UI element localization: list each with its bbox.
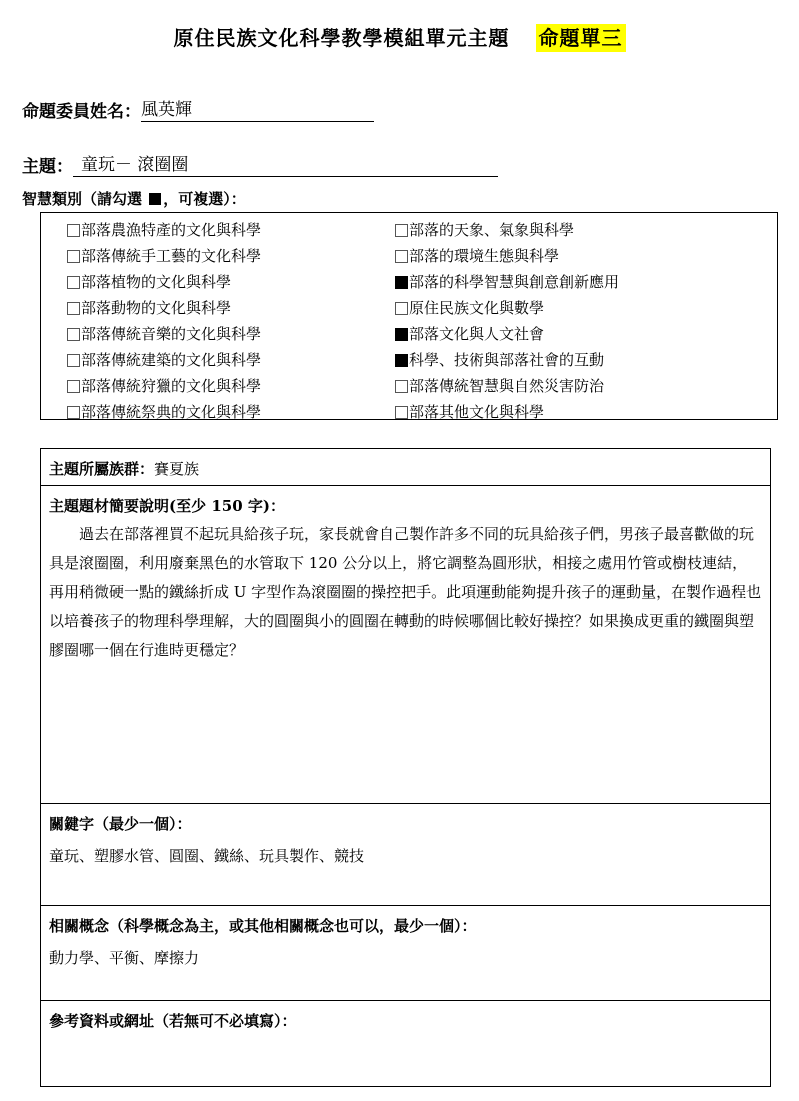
checkbox-icon[interactable]	[67, 302, 80, 315]
category-item[interactable]: 部落的科學智慧與創意創新應用	[395, 269, 619, 295]
checkbox-icon[interactable]	[67, 354, 80, 367]
category-item-label: 部落傳統祭典的文化與科學	[81, 403, 261, 421]
category-item[interactable]: 部落傳統智慧與自然災害防治	[395, 373, 619, 399]
category-item[interactable]: 部落傳統音樂的文化與科學	[67, 321, 261, 347]
concepts-value[interactable]: 動力學、平衡、摩擦力	[49, 944, 762, 973]
references-label: 參考資料或網址（若無可不必填寫）：	[49, 1010, 762, 1031]
tribe-field: 主題所屬族群：賽夏族	[49, 458, 762, 479]
committee-name-label: 命題委員姓名：	[22, 102, 141, 122]
keywords-label: 關鍵字（最少一個）：	[49, 813, 762, 834]
category-item[interactable]: 部落其他文化與科學	[395, 399, 619, 425]
topic-value[interactable]: 童玩－ 滾圈圈	[73, 150, 498, 177]
summary-text[interactable]: 過去在部落裡買不起玩具給孩子玩，家長就會自己製作許多不同的玩具給孩子們，男孩子最…	[49, 520, 762, 665]
topic-field: 主題：童玩－ 滾圈圈	[22, 150, 498, 177]
filled-square-icon	[149, 193, 161, 205]
tribe-row: 主題所屬族群：賽夏族	[41, 449, 770, 486]
keywords-value[interactable]: 童玩、塑膠水管、圓圈、鐵絲、玩具製作、競技	[49, 842, 762, 871]
category-heading-prefix: 智慧類別（請勾選	[22, 190, 142, 208]
checkbox-icon[interactable]	[67, 276, 80, 289]
checkbox-checked-icon[interactable]	[395, 354, 408, 367]
checkbox-icon[interactable]	[395, 302, 408, 315]
worksheet-badge: 命題單三	[536, 24, 626, 52]
checkbox-icon[interactable]	[395, 250, 408, 263]
category-item-label: 部落傳統音樂的文化與科學	[81, 325, 261, 343]
category-item-label: 部落的環境生態與科學	[409, 247, 559, 265]
category-item-label: 科學、技術與部落社會的互動	[409, 351, 604, 369]
checkbox-icon[interactable]	[395, 406, 408, 419]
topic-detail-table: 主題所屬族群：賽夏族 主題題材簡要說明(至少 150 字)： 過去在部落裡買不起…	[40, 448, 771, 1087]
category-item-label: 部落其他文化與科學	[409, 403, 544, 421]
tribe-value[interactable]: 賽夏族	[154, 460, 199, 478]
category-item-label: 部落傳統建築的文化與科學	[81, 351, 261, 369]
checkbox-icon[interactable]	[67, 224, 80, 237]
category-item[interactable]: 部落傳統狩獵的文化與科學	[67, 373, 261, 399]
category-item-label: 部落文化與人文社會	[409, 325, 544, 343]
concepts-label: 相關概念（科學概念為主，或其他相關概念也可以，最少一個）：	[49, 915, 762, 936]
summary-row: 主題題材簡要說明(至少 150 字)： 過去在部落裡買不起玩具給孩子玩，家長就會…	[41, 486, 770, 804]
page-title: 原住民族文化科學教學模組單元主題命題單三	[0, 22, 799, 51]
category-item[interactable]: 部落傳統建築的文化與科學	[67, 347, 261, 373]
checkbox-checked-icon[interactable]	[395, 276, 408, 289]
category-checklist: 部落農漁特產的文化與科學 部落傳統手工藝的文化科學 部落植物的文化與科學 部落動…	[40, 212, 778, 420]
concepts-row: 相關概念（科學概念為主，或其他相關概念也可以，最少一個）： 動力學、平衡、摩擦力	[41, 906, 770, 1001]
category-item-label: 原住民族文化與數學	[409, 299, 544, 317]
category-item[interactable]: 原住民族文化與數學	[395, 295, 619, 321]
checkbox-checked-icon[interactable]	[395, 328, 408, 341]
checkbox-icon[interactable]	[67, 250, 80, 263]
category-heading: 智慧類別（請勾選 ，可複選）：	[22, 188, 246, 209]
category-item[interactable]: 部落傳統手工藝的文化科學	[67, 243, 261, 269]
category-item-label: 部落的天象、氣象與科學	[409, 221, 574, 239]
category-column-left: 部落農漁特產的文化與科學 部落傳統手工藝的文化科學 部落植物的文化與科學 部落動…	[67, 217, 261, 425]
committee-name-value[interactable]: 風英輝	[141, 95, 374, 122]
checkbox-icon[interactable]	[395, 380, 408, 393]
title-text: 原住民族文化科學教學模組單元主題	[174, 26, 510, 50]
checkbox-icon[interactable]	[395, 224, 408, 237]
summary-label: 主題題材簡要說明(至少 150 字)：	[49, 495, 762, 516]
category-item[interactable]: 部落農漁特產的文化與科學	[67, 217, 261, 243]
keywords-row: 關鍵字（最少一個）： 童玩、塑膠水管、圓圈、鐵絲、玩具製作、競技	[41, 804, 770, 906]
references-row: 參考資料或網址（若無可不必填寫）：	[41, 1001, 770, 1085]
category-item-label: 部落植物的文化與科學	[81, 273, 231, 291]
category-item-label: 部落傳統狩獵的文化與科學	[81, 377, 261, 395]
category-item-label: 部落傳統智慧與自然災害防治	[409, 377, 604, 395]
topic-label: 主題：	[22, 157, 73, 177]
category-item-label: 部落動物的文化與科學	[81, 299, 231, 317]
category-item[interactable]: 部落文化與人文社會	[395, 321, 619, 347]
category-item[interactable]: 科學、技術與部落社會的互動	[395, 347, 619, 373]
category-item-label: 部落傳統手工藝的文化科學	[81, 247, 261, 265]
category-item-label: 部落農漁特產的文化與科學	[81, 221, 261, 239]
category-item[interactable]: 部落的天象、氣象與科學	[395, 217, 619, 243]
checkbox-icon[interactable]	[67, 380, 80, 393]
category-item[interactable]: 部落傳統祭典的文化與科學	[67, 399, 261, 425]
checkbox-icon[interactable]	[67, 406, 80, 419]
category-column-right: 部落的天象、氣象與科學 部落的環境生態與科學 部落的科學智慧與創意創新應用 原住…	[395, 217, 619, 425]
category-heading-suffix: ，可複選）：	[163, 190, 246, 208]
committee-name-field: 命題委員姓名：風英輝	[22, 95, 374, 122]
category-item-label: 部落的科學智慧與創意創新應用	[409, 273, 619, 291]
category-item[interactable]: 部落的環境生態與科學	[395, 243, 619, 269]
tribe-label: 主題所屬族群：	[49, 460, 154, 478]
category-item[interactable]: 部落動物的文化與科學	[67, 295, 261, 321]
checkbox-icon[interactable]	[67, 328, 80, 341]
category-item[interactable]: 部落植物的文化與科學	[67, 269, 261, 295]
